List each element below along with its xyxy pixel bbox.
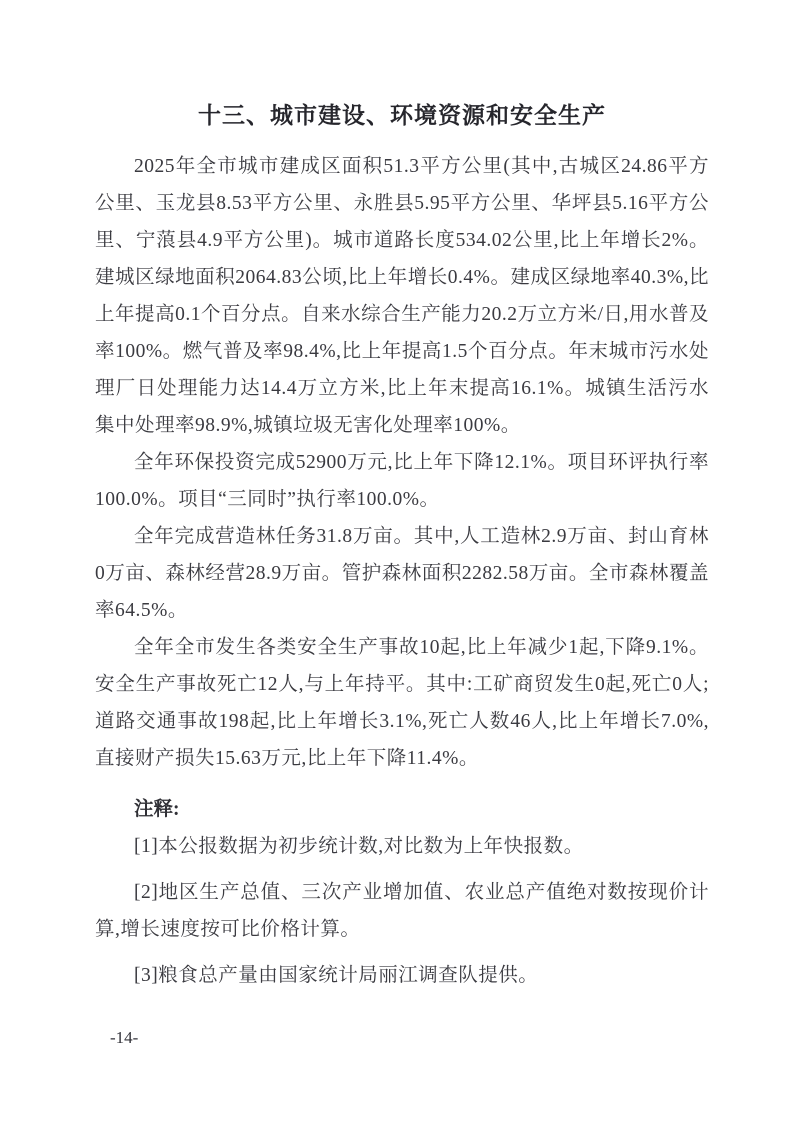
note-1: [1]本公报数据为初步统计数,对比数为上年快报数。 bbox=[95, 828, 709, 865]
document-page: 十三、城市建设、环境资源和安全生产 2025年全市城市建成区面积51.3平方公里… bbox=[0, 0, 794, 1123]
page-number: -14- bbox=[110, 1028, 138, 1048]
paragraph-environment-investment: 全年环保投资完成52900万元,比上年下降12.1%。项目环评执行率100.0%… bbox=[95, 444, 709, 518]
note-2: [2]地区生产总值、三次产业增加值、农业总产值绝对数按现价计算,增长速度按可比价… bbox=[95, 874, 709, 948]
paragraph-urban-construction: 2025年全市城市建成区面积51.3平方公里(其中,古城区24.86平方公里、玉… bbox=[95, 148, 709, 444]
notes-heading: 注释: bbox=[95, 791, 709, 828]
note-3: [3]粮食总产量由国家统计局丽江调查队提供。 bbox=[95, 957, 709, 994]
notes-section: 注释: [1]本公报数据为初步统计数,对比数为上年快报数。 [2]地区生产总值、… bbox=[95, 791, 709, 994]
paragraph-forestry: 全年完成营造林任务31.8万亩。其中,人工造林2.9万亩、封山育林0万亩、森林经… bbox=[95, 518, 709, 629]
section-title: 十三、城市建设、环境资源和安全生产 bbox=[95, 100, 709, 130]
paragraph-work-safety: 全年全市发生各类安全生产事故10起,比上年减少1起,下降9.1%。安全生产事故死… bbox=[95, 629, 709, 777]
